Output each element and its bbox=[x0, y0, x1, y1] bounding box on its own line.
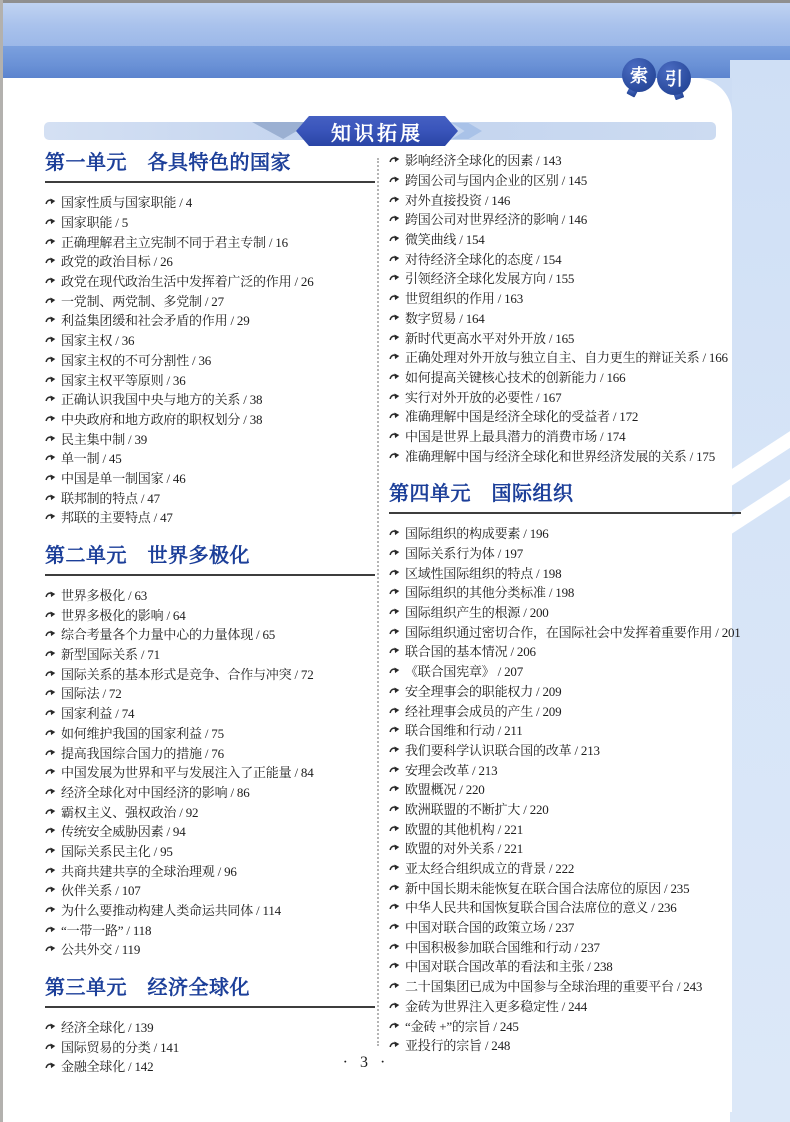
entry-label: 政党在现代政治生活中发挥着广泛的作用 / 26 bbox=[61, 271, 314, 290]
arrow-bullet-icon bbox=[389, 607, 400, 618]
arrow-bullet-icon bbox=[389, 175, 400, 186]
entry-label: 共商共建共享的全球治理观 / 96 bbox=[61, 861, 237, 880]
arrow-bullet-icon bbox=[389, 293, 400, 304]
entry-label: 新中国长期未能恢复在联合国合法席位的原因 / 235 bbox=[405, 878, 689, 897]
entry-label: 国家职能 / 5 bbox=[61, 212, 128, 231]
index-entry: 政党的政治目标 / 26 bbox=[45, 251, 375, 271]
entry-label: 亚太经合组织成立的背景 / 222 bbox=[405, 858, 574, 877]
entry-label: 跨国公司与国内企业的区别 / 145 bbox=[405, 170, 587, 189]
entry-label: 传统安全威胁因素 / 94 bbox=[61, 821, 186, 840]
arrow-bullet-icon bbox=[45, 453, 56, 464]
entry-label: 世贸组织的作用 / 163 bbox=[405, 288, 523, 307]
arrow-bullet-icon bbox=[389, 392, 400, 403]
entry-label: 数字贸易 / 164 bbox=[405, 308, 485, 327]
index-entry: 政党在现代政治生活中发挥着广泛的作用 / 26 bbox=[45, 271, 375, 291]
entry-label: 对外直接投资 / 146 bbox=[405, 190, 510, 209]
index-entry: 霸权主义、强权政治 / 92 bbox=[45, 801, 375, 821]
arrow-bullet-icon bbox=[45, 197, 56, 208]
entry-label: 中国对联合国改革的看法和主张 / 238 bbox=[405, 956, 613, 975]
entry-label: 国家主权 / 36 bbox=[61, 330, 134, 349]
entry-label: 国际组织通过密切合作，在国际社会中发挥着重要作用 / 201 bbox=[405, 622, 741, 641]
arrow-bullet-icon bbox=[45, 237, 56, 248]
entry-label: 国际法 / 72 bbox=[61, 683, 122, 702]
index-entry: 欧洲联盟的不断扩大 / 220 bbox=[389, 799, 741, 819]
index-section: 第四单元 国际组织国际组织的构成要素 / 196国际关系行为体 / 197区域性… bbox=[389, 481, 741, 1055]
entry-label: 民主集中制 / 39 bbox=[61, 429, 147, 448]
arrow-bullet-icon bbox=[45, 708, 56, 719]
arrow-bullet-icon bbox=[389, 234, 400, 245]
index-entry: 公共外交 / 119 bbox=[45, 939, 375, 959]
entry-label: 联邦制的特点 / 47 bbox=[61, 488, 160, 507]
arrow-bullet-icon bbox=[389, 1021, 400, 1032]
entry-label: 欧洲联盟的不断扩大 / 220 bbox=[405, 799, 549, 818]
arrow-bullet-icon bbox=[389, 568, 400, 579]
arrow-bullet-icon bbox=[45, 944, 56, 955]
index-entry: 跨国公司对世界经济的影响 / 146 bbox=[389, 209, 741, 229]
index-entry: 区域性国际组织的特点 / 198 bbox=[389, 562, 741, 582]
index-entry: 影响经济全球化的因素 / 143 bbox=[389, 150, 741, 170]
entry-label: “一带一路” / 118 bbox=[61, 920, 151, 939]
index-entry: 国际关系行为体 / 197 bbox=[389, 543, 741, 563]
arrow-bullet-icon bbox=[45, 767, 56, 778]
index-entry: 国家利益 / 74 bbox=[45, 703, 375, 723]
entry-label: 综合考量各个力量中心的力量体现 / 65 bbox=[61, 624, 275, 643]
unit-heading: 第一单元 各具特色的国家 bbox=[45, 150, 375, 183]
index-entry: 经济全球化对中国经济的影响 / 86 bbox=[45, 782, 375, 802]
index-entry: 一党制、两党制、多党制 / 27 bbox=[45, 290, 375, 310]
index-entry: 联合国的基本情况 / 206 bbox=[389, 641, 741, 661]
entry-label: 新型国际关系 / 71 bbox=[61, 644, 160, 663]
arrow-bullet-icon bbox=[45, 256, 56, 267]
entry-label: 中国对联合国的政策立场 / 237 bbox=[405, 917, 574, 936]
index-entry: 欧盟的对外关系 / 221 bbox=[389, 838, 741, 858]
index-entry: 欧盟概况 / 220 bbox=[389, 779, 741, 799]
arrow-bullet-icon bbox=[45, 649, 56, 660]
index-entry: 安全理事会的职能权力 / 209 bbox=[389, 681, 741, 701]
index-entry: 国家主权平等原则 / 36 bbox=[45, 369, 375, 389]
content-card: 知识拓展 第一单元 各具特色的国家国家性质与国家职能 / 4国家职能 / 5正确… bbox=[0, 78, 732, 1112]
index-entry: 如何维护我国的国家利益 / 75 bbox=[45, 723, 375, 743]
arrow-bullet-icon bbox=[389, 451, 400, 462]
arrow-bullet-icon bbox=[45, 688, 56, 699]
index-entry: 准确理解中国是经济全球化的受益者 / 172 bbox=[389, 406, 741, 426]
index-entry: 正确处理对外开放与独立自主、自力更生的辩证关系 / 166 bbox=[389, 347, 741, 367]
index-entry: “金砖 +”的宗旨 / 245 bbox=[389, 1015, 741, 1035]
index-section: 第一单元 各具特色的国家国家性质与国家职能 / 4国家职能 / 5正确理解君主立… bbox=[45, 150, 375, 527]
index-entry: 实行对外开放的必要性 / 167 bbox=[389, 386, 741, 406]
arrow-bullet-icon bbox=[45, 748, 56, 759]
arrow-bullet-icon bbox=[45, 807, 56, 818]
entry-label: 我们要科学认识联合国的改革 / 213 bbox=[405, 740, 600, 759]
arrow-bullet-icon bbox=[45, 669, 56, 680]
arrow-bullet-icon bbox=[45, 355, 56, 366]
arrow-bullet-icon bbox=[389, 922, 400, 933]
entry-label: 微笑曲线 / 154 bbox=[405, 229, 485, 248]
entry-label: 中国积极参加联合国维和行动 / 237 bbox=[405, 937, 600, 956]
arrow-bullet-icon bbox=[45, 315, 56, 326]
arrow-bullet-icon bbox=[389, 745, 400, 756]
arrow-bullet-icon bbox=[389, 333, 400, 344]
entry-label: 提高我国综合国力的措施 / 76 bbox=[61, 743, 224, 762]
entry-label: 如何提高关键核心技术的创新能力 / 166 bbox=[405, 367, 625, 386]
index-entry: 国际关系的基本形式是竞争、合作与冲突 / 72 bbox=[45, 663, 375, 683]
index-entry: 二十国集团已成为中国参与全球治理的重要平台 / 243 bbox=[389, 976, 741, 996]
entry-label: 联合国维和行动 / 211 bbox=[405, 720, 523, 739]
entry-label: 世界多极化 / 63 bbox=[61, 585, 147, 604]
index-entry: 如何提高关键核心技术的创新能力 / 166 bbox=[389, 367, 741, 387]
index-entry: 新时代更高水平对外开放 / 165 bbox=[389, 327, 741, 347]
arrow-bullet-icon bbox=[45, 473, 56, 484]
index-entry: 正确理解君主立宪制不同于君主专制 / 16 bbox=[45, 231, 375, 251]
index-entry: 传统安全威胁因素 / 94 bbox=[45, 821, 375, 841]
arrow-bullet-icon bbox=[389, 627, 400, 638]
arrow-bullet-icon bbox=[389, 843, 400, 854]
index-entry: 国际组织通过密切合作，在国际社会中发挥着重要作用 / 201 bbox=[389, 621, 741, 641]
entry-label: 金砖为世界注入更多稳定性 / 244 bbox=[405, 996, 587, 1015]
index-entry: 《联合国宪章》 / 207 bbox=[389, 661, 741, 681]
badge-char: 索 bbox=[630, 62, 648, 88]
entry-label: 经社理事会成员的产生 / 209 bbox=[405, 701, 561, 720]
arrow-bullet-icon bbox=[389, 1001, 400, 1012]
entry-label: 经济全球化对中国经济的影响 / 86 bbox=[61, 782, 250, 801]
index-entry: 中华人民共和国恢复联合国合法席位的意义 / 236 bbox=[389, 897, 741, 917]
index-entry: 对外直接投资 / 146 bbox=[389, 189, 741, 209]
arrow-bullet-icon bbox=[389, 273, 400, 284]
entry-label: 安全理事会的职能权力 / 209 bbox=[405, 681, 561, 700]
entry-label: 准确理解中国是经济全球化的受益者 / 172 bbox=[405, 406, 638, 425]
unit-heading: 第三单元 经济全球化 bbox=[45, 975, 375, 1008]
entry-label: 国家利益 / 74 bbox=[61, 703, 134, 722]
entry-label: 国际组织的其他分类标准 / 198 bbox=[405, 582, 574, 601]
arrow-bullet-icon bbox=[389, 587, 400, 598]
entry-label: 邦联的主要特点 / 47 bbox=[61, 507, 173, 526]
arrow-bullet-icon bbox=[45, 610, 56, 621]
arrow-bullet-icon bbox=[45, 905, 56, 916]
arrow-bullet-icon bbox=[45, 826, 56, 837]
index-entry: 跨国公司与国内企业的区别 / 145 bbox=[389, 170, 741, 190]
index-entry: 伙伴关系 / 107 bbox=[45, 880, 375, 900]
arrow-bullet-icon bbox=[389, 902, 400, 913]
entry-label: 经济全球化 / 139 bbox=[61, 1017, 153, 1036]
entry-label: 中国是单一制国家 / 46 bbox=[61, 468, 186, 487]
arrow-bullet-icon bbox=[45, 866, 56, 877]
arrow-bullet-icon bbox=[389, 528, 400, 539]
entry-label: 实行对外开放的必要性 / 167 bbox=[405, 387, 561, 406]
arrow-bullet-icon bbox=[45, 728, 56, 739]
entry-label: 国家主权平等原则 / 36 bbox=[61, 370, 186, 389]
index-entry: 为什么要推动构建人类命运共同体 / 114 bbox=[45, 900, 375, 920]
arrow-bullet-icon bbox=[45, 787, 56, 798]
arrow-bullet-icon bbox=[389, 372, 400, 383]
entry-label: 联合国的基本情况 / 206 bbox=[405, 641, 536, 660]
scan-edge bbox=[0, 0, 790, 3]
arrow-bullet-icon bbox=[389, 765, 400, 776]
index-entry: 欧盟的其他机构 / 221 bbox=[389, 818, 741, 838]
index-entry: 中国是单一制国家 / 46 bbox=[45, 468, 375, 488]
entry-label: 国际关系行为体 / 197 bbox=[405, 543, 523, 562]
arrow-bullet-icon bbox=[45, 375, 56, 386]
badge-char: 引 bbox=[665, 65, 683, 91]
arrow-bullet-icon bbox=[389, 961, 400, 972]
entry-label: 欧盟的对外关系 / 221 bbox=[405, 838, 523, 857]
arrow-bullet-icon bbox=[45, 217, 56, 228]
index-entry: 对待经济全球化的态度 / 154 bbox=[389, 248, 741, 268]
arrow-bullet-icon bbox=[389, 352, 400, 363]
top-light-band bbox=[0, 0, 790, 46]
index-entry: “一带一路” / 118 bbox=[45, 919, 375, 939]
entry-label: 中国是世界上最具潜力的消费市场 / 174 bbox=[405, 426, 625, 445]
index-entry: 单一制 / 45 bbox=[45, 448, 375, 468]
entry-label: 《联合国宪章》 / 207 bbox=[405, 661, 523, 680]
arrow-bullet-icon bbox=[389, 725, 400, 736]
badge-circle: 索 bbox=[622, 58, 656, 92]
arrow-bullet-icon bbox=[389, 804, 400, 815]
entry-label: 伙伴关系 / 107 bbox=[61, 880, 141, 899]
entry-label: 一党制、两党制、多党制 / 27 bbox=[61, 291, 224, 310]
index-entry: 微笑曲线 / 154 bbox=[389, 229, 741, 249]
arrow-bullet-icon bbox=[389, 824, 400, 835]
index-entry: 国际关系民主化 / 95 bbox=[45, 841, 375, 861]
entry-label: 正确处理对外开放与独立自主、自力更生的辩证关系 / 166 bbox=[405, 347, 728, 366]
entry-label: 欧盟的其他机构 / 221 bbox=[405, 819, 523, 838]
index-entry: 准确理解中国与经济全球化和世界经济发展的关系 / 175 bbox=[389, 445, 741, 465]
index-corner-badge: 索 引 bbox=[622, 58, 691, 95]
entry-label: 区域性国际组织的特点 / 198 bbox=[405, 563, 561, 582]
arrow-bullet-icon bbox=[389, 706, 400, 717]
arrow-bullet-icon bbox=[45, 434, 56, 445]
arrow-bullet-icon bbox=[45, 1022, 56, 1033]
arrow-bullet-icon bbox=[389, 863, 400, 874]
badge-circle: 引 bbox=[657, 61, 691, 95]
entry-label: 中国发展为世界和平与发展注入了正能量 / 84 bbox=[61, 762, 314, 781]
arrow-bullet-icon bbox=[389, 883, 400, 894]
index-column-left: 第一单元 各具特色的国家国家性质与国家职能 / 4国家职能 / 5正确理解君主立… bbox=[45, 150, 375, 1052]
arrow-bullet-icon bbox=[389, 195, 400, 206]
entry-label: 国际组织产生的根源 / 200 bbox=[405, 602, 549, 621]
entry-label: 世界多极化的影响 / 64 bbox=[61, 605, 186, 624]
index-entry: 亚太经合组织成立的背景 / 222 bbox=[389, 858, 741, 878]
arrow-bullet-icon bbox=[389, 411, 400, 422]
index-entry: 金砖为世界注入更多稳定性 / 244 bbox=[389, 996, 741, 1016]
entry-label: 亚投行的宗旨 / 248 bbox=[405, 1035, 510, 1054]
arrow-bullet-icon bbox=[389, 254, 400, 265]
entry-label: 引领经济全球化发展方向 / 155 bbox=[405, 268, 574, 287]
index-entry: 中国对联合国改革的看法和主张 / 238 bbox=[389, 956, 741, 976]
index-entry: 数字贸易 / 164 bbox=[389, 308, 741, 328]
index-entry: 中央政府和地方政府的职权划分 / 38 bbox=[45, 409, 375, 429]
arrow-bullet-icon bbox=[45, 296, 56, 307]
unit-heading: 第二单元 世界多极化 bbox=[45, 543, 375, 576]
index-entry: 国际组织的其他分类标准 / 198 bbox=[389, 582, 741, 602]
arrow-bullet-icon bbox=[389, 431, 400, 442]
index-entry: 世界多极化 / 63 bbox=[45, 585, 375, 605]
page-number: · 3 · bbox=[0, 1054, 732, 1072]
index-entry: 利益集团缓和社会矛盾的作用 / 29 bbox=[45, 310, 375, 330]
index-entry: 中国对联合国的政策立场 / 237 bbox=[389, 917, 741, 937]
index-entry: 中国发展为世界和平与发展注入了正能量 / 84 bbox=[45, 762, 375, 782]
arrow-bullet-icon bbox=[45, 846, 56, 857]
entry-label: 政党的政治目标 / 26 bbox=[61, 251, 173, 270]
arrow-bullet-icon bbox=[45, 493, 56, 504]
index-entry: 共商共建共享的全球治理观 / 96 bbox=[45, 860, 375, 880]
arrow-bullet-icon bbox=[389, 942, 400, 953]
entry-label: 准确理解中国与经济全球化和世界经济发展的关系 / 175 bbox=[405, 446, 715, 465]
entry-label: 新时代更高水平对外开放 / 165 bbox=[405, 328, 574, 347]
entry-label: “金砖 +”的宗旨 / 245 bbox=[405, 1016, 519, 1035]
index-entry: 引领经济全球化发展方向 / 155 bbox=[389, 268, 741, 288]
banner-title: 知识拓展 bbox=[331, 117, 423, 146]
arrow-bullet-icon bbox=[389, 686, 400, 697]
arrow-bullet-icon bbox=[45, 629, 56, 640]
entry-label: 单一制 / 45 bbox=[61, 448, 122, 467]
scan-edge bbox=[0, 0, 3, 1122]
index-columns: 第一单元 各具特色的国家国家性质与国家职能 / 4国家职能 / 5正确理解君主立… bbox=[45, 150, 716, 1052]
arrow-bullet-icon bbox=[389, 981, 400, 992]
index-entry: 中国积极参加联合国维和行动 / 237 bbox=[389, 936, 741, 956]
arrow-bullet-icon bbox=[389, 155, 400, 166]
arrow-bullet-icon bbox=[389, 214, 400, 225]
index-entry: 综合考量各个力量中心的力量体现 / 65 bbox=[45, 624, 375, 644]
entry-label: 正确认识我国中央与地方的关系 / 38 bbox=[61, 389, 262, 408]
entry-label: 利益集团缓和社会矛盾的作用 / 29 bbox=[61, 310, 250, 329]
entry-label: 国家性质与国家职能 / 4 bbox=[61, 192, 192, 211]
index-section: 第二单元 世界多极化世界多极化 / 63世界多极化的影响 / 64综合考量各个力… bbox=[45, 543, 375, 959]
index-entry: 国家主权的不可分割性 / 36 bbox=[45, 350, 375, 370]
arrow-bullet-icon bbox=[389, 548, 400, 559]
arrow-bullet-icon bbox=[45, 885, 56, 896]
index-entry: 世贸组织的作用 / 163 bbox=[389, 288, 741, 308]
index-entry: 联合国维和行动 / 211 bbox=[389, 720, 741, 740]
index-entry: 邦联的主要特点 / 47 bbox=[45, 507, 375, 527]
arrow-bullet-icon bbox=[389, 313, 400, 324]
arrow-bullet-icon bbox=[389, 646, 400, 657]
entry-label: 安理会改革 / 213 bbox=[405, 760, 497, 779]
index-entry: 新型国际关系 / 71 bbox=[45, 644, 375, 664]
entry-label: 欧盟概况 / 220 bbox=[405, 779, 485, 798]
entry-label: 国际组织的构成要素 / 196 bbox=[405, 523, 549, 542]
index-entry: 安理会改革 / 213 bbox=[389, 759, 741, 779]
index-entry: 世界多极化的影响 / 64 bbox=[45, 604, 375, 624]
index-entry: 国际法 / 72 bbox=[45, 683, 375, 703]
arrow-bullet-icon bbox=[45, 512, 56, 523]
index-entry: 正确认识我国中央与地方的关系 / 38 bbox=[45, 389, 375, 409]
entry-label: 中华人民共和国恢复联合国合法席位的意义 / 236 bbox=[405, 897, 677, 916]
index-section: 影响经济全球化的因素 / 143跨国公司与国内企业的区别 / 145对外直接投资… bbox=[389, 150, 741, 465]
arrow-bullet-icon bbox=[45, 925, 56, 936]
index-entry: 国家主权 / 36 bbox=[45, 330, 375, 350]
entry-label: 影响经济全球化的因素 / 143 bbox=[405, 150, 561, 169]
entry-label: 霸权主义、强权政治 / 92 bbox=[61, 802, 198, 821]
arrow-bullet-icon bbox=[389, 784, 400, 795]
index-entry: 国际组织产生的根源 / 200 bbox=[389, 602, 741, 622]
arrow-bullet-icon bbox=[45, 394, 56, 405]
arrow-bullet-icon bbox=[389, 666, 400, 677]
index-entry: 中国是世界上最具潜力的消费市场 / 174 bbox=[389, 426, 741, 446]
entry-label: 公共外交 / 119 bbox=[61, 939, 140, 958]
index-column-right: 影响经济全球化的因素 / 143跨国公司与国内企业的区别 / 145对外直接投资… bbox=[375, 150, 741, 1052]
entry-label: 正确理解君主立宪制不同于君主专制 / 16 bbox=[61, 232, 288, 251]
arrow-bullet-icon bbox=[45, 1042, 56, 1053]
index-entry: 国家性质与国家职能 / 4 bbox=[45, 192, 375, 212]
arrow-bullet-icon bbox=[45, 414, 56, 425]
index-entry: 联邦制的特点 / 47 bbox=[45, 487, 375, 507]
arrow-bullet-icon bbox=[45, 276, 56, 287]
entry-label: 国际关系的基本形式是竞争、合作与冲突 / 72 bbox=[61, 664, 314, 683]
entry-label: 二十国集团已成为中国参与全球治理的重要平台 / 243 bbox=[405, 976, 702, 995]
banner-ribbon: 知识拓展 bbox=[296, 116, 458, 146]
arrow-bullet-icon bbox=[389, 1040, 400, 1051]
index-entry: 经社理事会成员的产生 / 209 bbox=[389, 700, 741, 720]
entry-label: 中央政府和地方政府的职权划分 / 38 bbox=[61, 409, 262, 428]
arrow-bullet-icon bbox=[45, 335, 56, 346]
entry-label: 如何维护我国的国家利益 / 75 bbox=[61, 723, 224, 742]
index-entry: 国际组织的构成要素 / 196 bbox=[389, 523, 741, 543]
arrow-bullet-icon bbox=[45, 590, 56, 601]
entry-label: 为什么要推动构建人类命运共同体 / 114 bbox=[61, 900, 281, 919]
entry-label: 对待经济全球化的态度 / 154 bbox=[405, 249, 561, 268]
index-entry: 亚投行的宗旨 / 248 bbox=[389, 1035, 741, 1055]
book-index-page: 索 引 知识拓展 第一单元 各具特色的国家国家性质与国家职能 / 4国家职能 /… bbox=[0, 0, 790, 1122]
index-entry: 民主集中制 / 39 bbox=[45, 428, 375, 448]
entry-label: 国际贸易的分类 / 141 bbox=[61, 1037, 179, 1056]
index-entry: 国家职能 / 5 bbox=[45, 212, 375, 232]
entry-label: 跨国公司对世界经济的影响 / 146 bbox=[405, 209, 587, 228]
index-entry: 新中国长期未能恢复在联合国合法席位的原因 / 235 bbox=[389, 877, 741, 897]
index-entry: 我们要科学认识联合国的改革 / 213 bbox=[389, 740, 741, 760]
entry-label: 国际关系民主化 / 95 bbox=[61, 841, 173, 860]
unit-heading: 第四单元 国际组织 bbox=[389, 481, 741, 514]
entry-label: 国家主权的不可分割性 / 36 bbox=[61, 350, 211, 369]
index-entry: 提高我国综合国力的措施 / 76 bbox=[45, 742, 375, 762]
index-entry: 经济全球化 / 139 bbox=[45, 1017, 375, 1037]
